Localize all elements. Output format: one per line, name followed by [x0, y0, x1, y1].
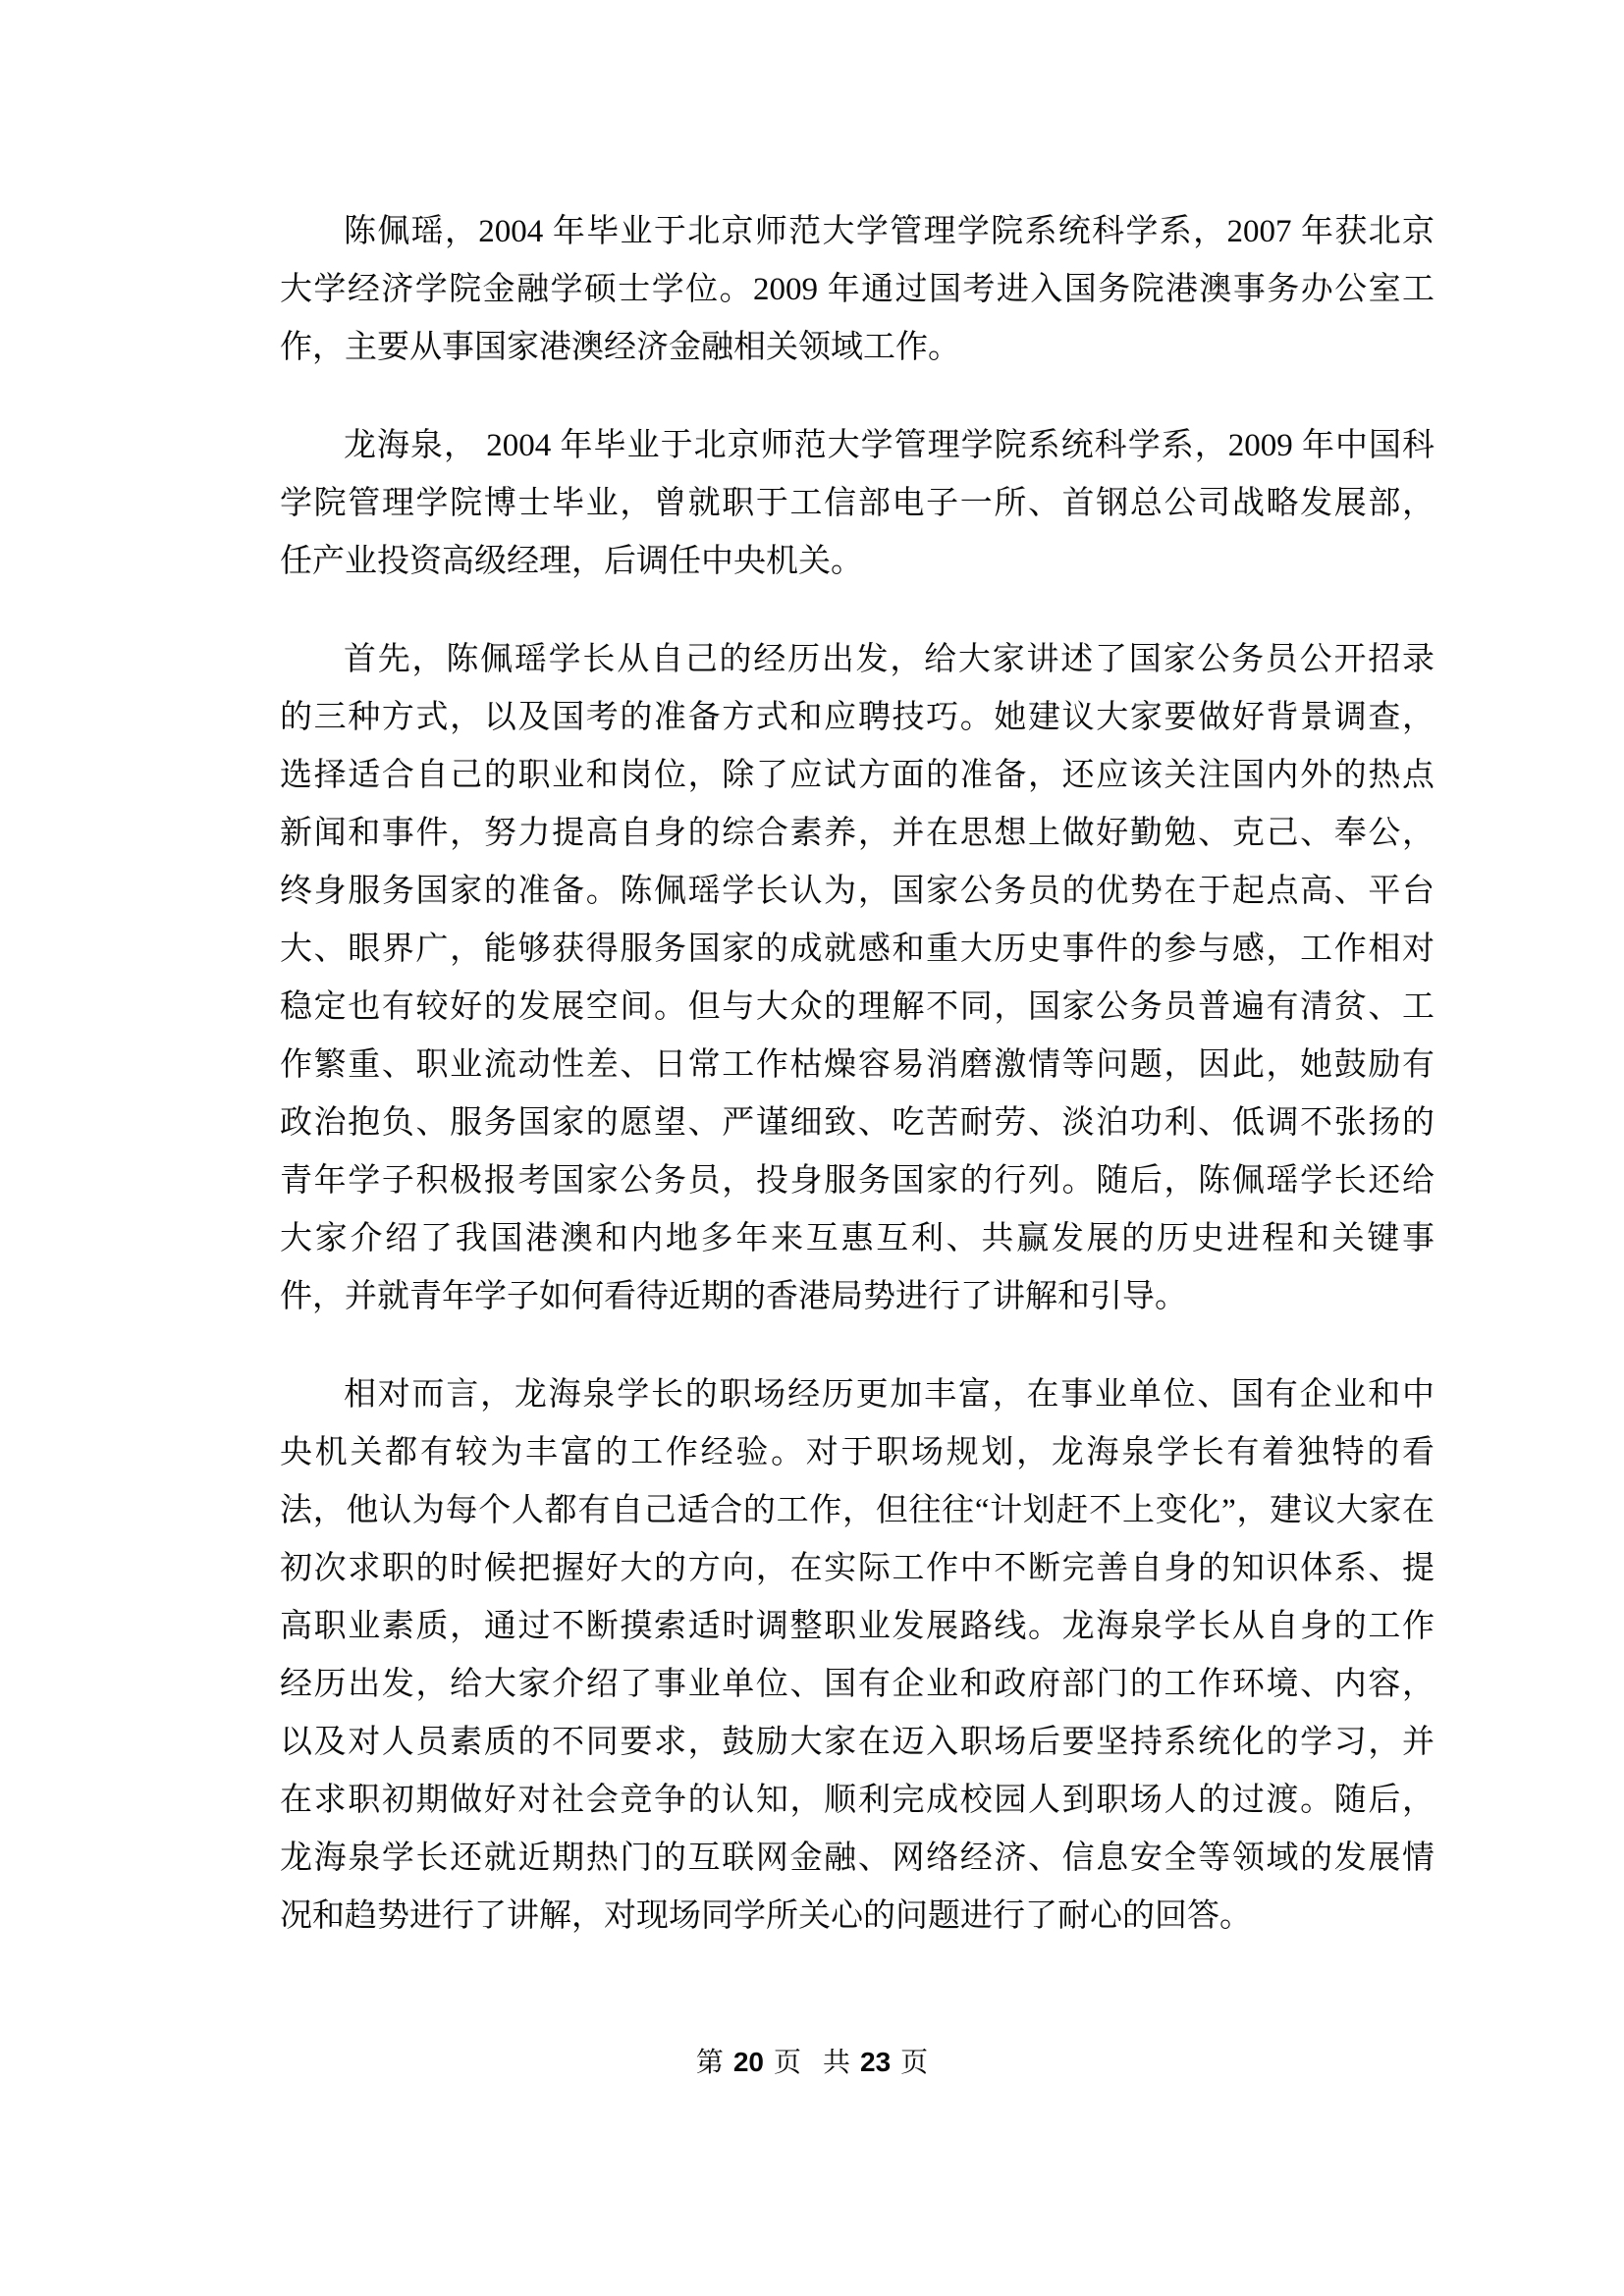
- text-line: 况和趋势进行了讲解，对现场同学所关心的问题进行了耐心的回答。: [280, 1888, 1435, 1946]
- text-line: 首先，陈佩瑶学长从自己的经历出发，给大家讲述了国家公务员公开招录: [280, 631, 1435, 689]
- text-line: 初次求职的时候把握好大的方向，在实际工作中不断完善自身的知识体系、提: [280, 1540, 1435, 1598]
- text-line: 以及对人员素质的不同要求，鼓励大家在迈入职场后要坚持系统化的学习，并: [280, 1714, 1435, 1772]
- text-line: 龙海泉， 2004 年毕业于北京师范大学管理学院系统科学系，2009 年中国科: [280, 417, 1435, 475]
- text-line: 大学经济学院金融学硕士学位。2009 年通过国考进入国务院港澳事务办公室工: [280, 261, 1435, 319]
- text-line: 政治抱负、服务国家的愿望、严谨细致、吃苦耐劳、淡泊功利、低调不张扬的: [280, 1095, 1435, 1152]
- text-line: 作繁重、职业流动性差、日常工作枯燥容易消磨激情等问题，因此，她鼓励有: [280, 1037, 1435, 1095]
- text-line: 学院管理学院博士毕业，曾就职于工信部电子一所、首钢总公司战略发展部，: [280, 475, 1435, 533]
- footer-page-unit-label: 页: [774, 2048, 801, 2078]
- text-line: 青年学子积极报考国家公务员，投身服务国家的行列。随后，陈佩瑶学长还给: [280, 1152, 1435, 1210]
- text-line: 作，主要从事国家港澳经济金融相关领域工作。: [280, 319, 1435, 377]
- text-line: 央机关都有较为丰富的工作经验。对于职场规划，龙海泉学长有着独特的看: [280, 1424, 1435, 1482]
- paragraph: 相对而言，龙海泉学长的职场经历更加丰富，在事业单位、国有企业和中 央机关都有较为…: [280, 1366, 1435, 1946]
- text-line: 件，并就青年学子如何看待近期的香港局势进行了讲解和引导。: [280, 1268, 1435, 1326]
- paragraph: 龙海泉， 2004 年毕业于北京师范大学管理学院系统科学系，2009 年中国科 …: [280, 417, 1435, 591]
- page-footer: 第20页共23页: [0, 2045, 1624, 2081]
- footer-total-unit-label: 页: [900, 2048, 928, 2078]
- footer-prefix-label: 第: [696, 2048, 724, 2078]
- text-line: 新闻和事件，努力提高自身的综合素养，并在思想上做好勤勉、克己、奉公，: [280, 805, 1435, 863]
- text-line: 终身服务国家的准备。陈佩瑶学长认为，国家公务员的优势在于起点高、平台: [280, 863, 1435, 921]
- text-line: 相对而言，龙海泉学长的职场经历更加丰富，在事业单位、国有企业和中: [280, 1366, 1435, 1424]
- footer-total-label: 共: [823, 2048, 850, 2078]
- text-line: 选择适合自己的职业和岗位，除了应试方面的准备，还应该关注国内外的热点: [280, 747, 1435, 805]
- text-line: 龙海泉学长还就近期热门的互联网金融、网络经济、信息安全等领域的发展情: [280, 1830, 1435, 1888]
- document-body: 陈佩瑶，2004 年毕业于北京师范大学管理学院系统科学系，2007 年获北京 大…: [280, 203, 1435, 1946]
- text-line: 法，他认为每个人都有自己适合的工作，但往往“计划赶不上变化”，建议大家在: [280, 1482, 1435, 1540]
- text-line: 高职业素质，通过不断摸索适时调整职业发展路线。龙海泉学长从自身的工作: [280, 1598, 1435, 1656]
- text-line: 经历出发，给大家介绍了事业单位、国有企业和政府部门的工作环境、内容，: [280, 1656, 1435, 1714]
- text-line: 大家介绍了我国港澳和内地多年来互惠互利、共赢发展的历史进程和关键事: [280, 1210, 1435, 1268]
- text-line: 在求职初期做好对社会竞争的认知，顺利完成校园人到职场人的过渡。随后，: [280, 1772, 1435, 1830]
- text-line: 大、眼界广，能够获得服务国家的成就感和重大历史事件的参与感，工作相对: [280, 921, 1435, 979]
- total-pages-number: 23: [860, 2047, 891, 2077]
- paragraph: 陈佩瑶，2004 年毕业于北京师范大学管理学院系统科学系，2007 年获北京 大…: [280, 203, 1435, 377]
- text-line: 任产业投资高级经理，后调任中央机关。: [280, 533, 1435, 591]
- text-line: 稳定也有较好的发展空间。但与大众的理解不同，国家公务员普遍有清贫、工: [280, 979, 1435, 1037]
- text-line: 陈佩瑶，2004 年毕业于北京师范大学管理学院系统科学系，2007 年获北京: [280, 203, 1435, 261]
- current-page-number: 20: [733, 2047, 764, 2077]
- document-page: 陈佩瑶，2004 年毕业于北京师范大学管理学院系统科学系，2007 年获北京 大…: [0, 0, 1624, 2296]
- paragraph: 首先，陈佩瑶学长从自己的经历出发，给大家讲述了国家公务员公开招录 的三种方式，以…: [280, 631, 1435, 1326]
- text-line: 的三种方式，以及国考的准备方式和应聘技巧。她建议大家要做好背景调查，: [280, 689, 1435, 747]
